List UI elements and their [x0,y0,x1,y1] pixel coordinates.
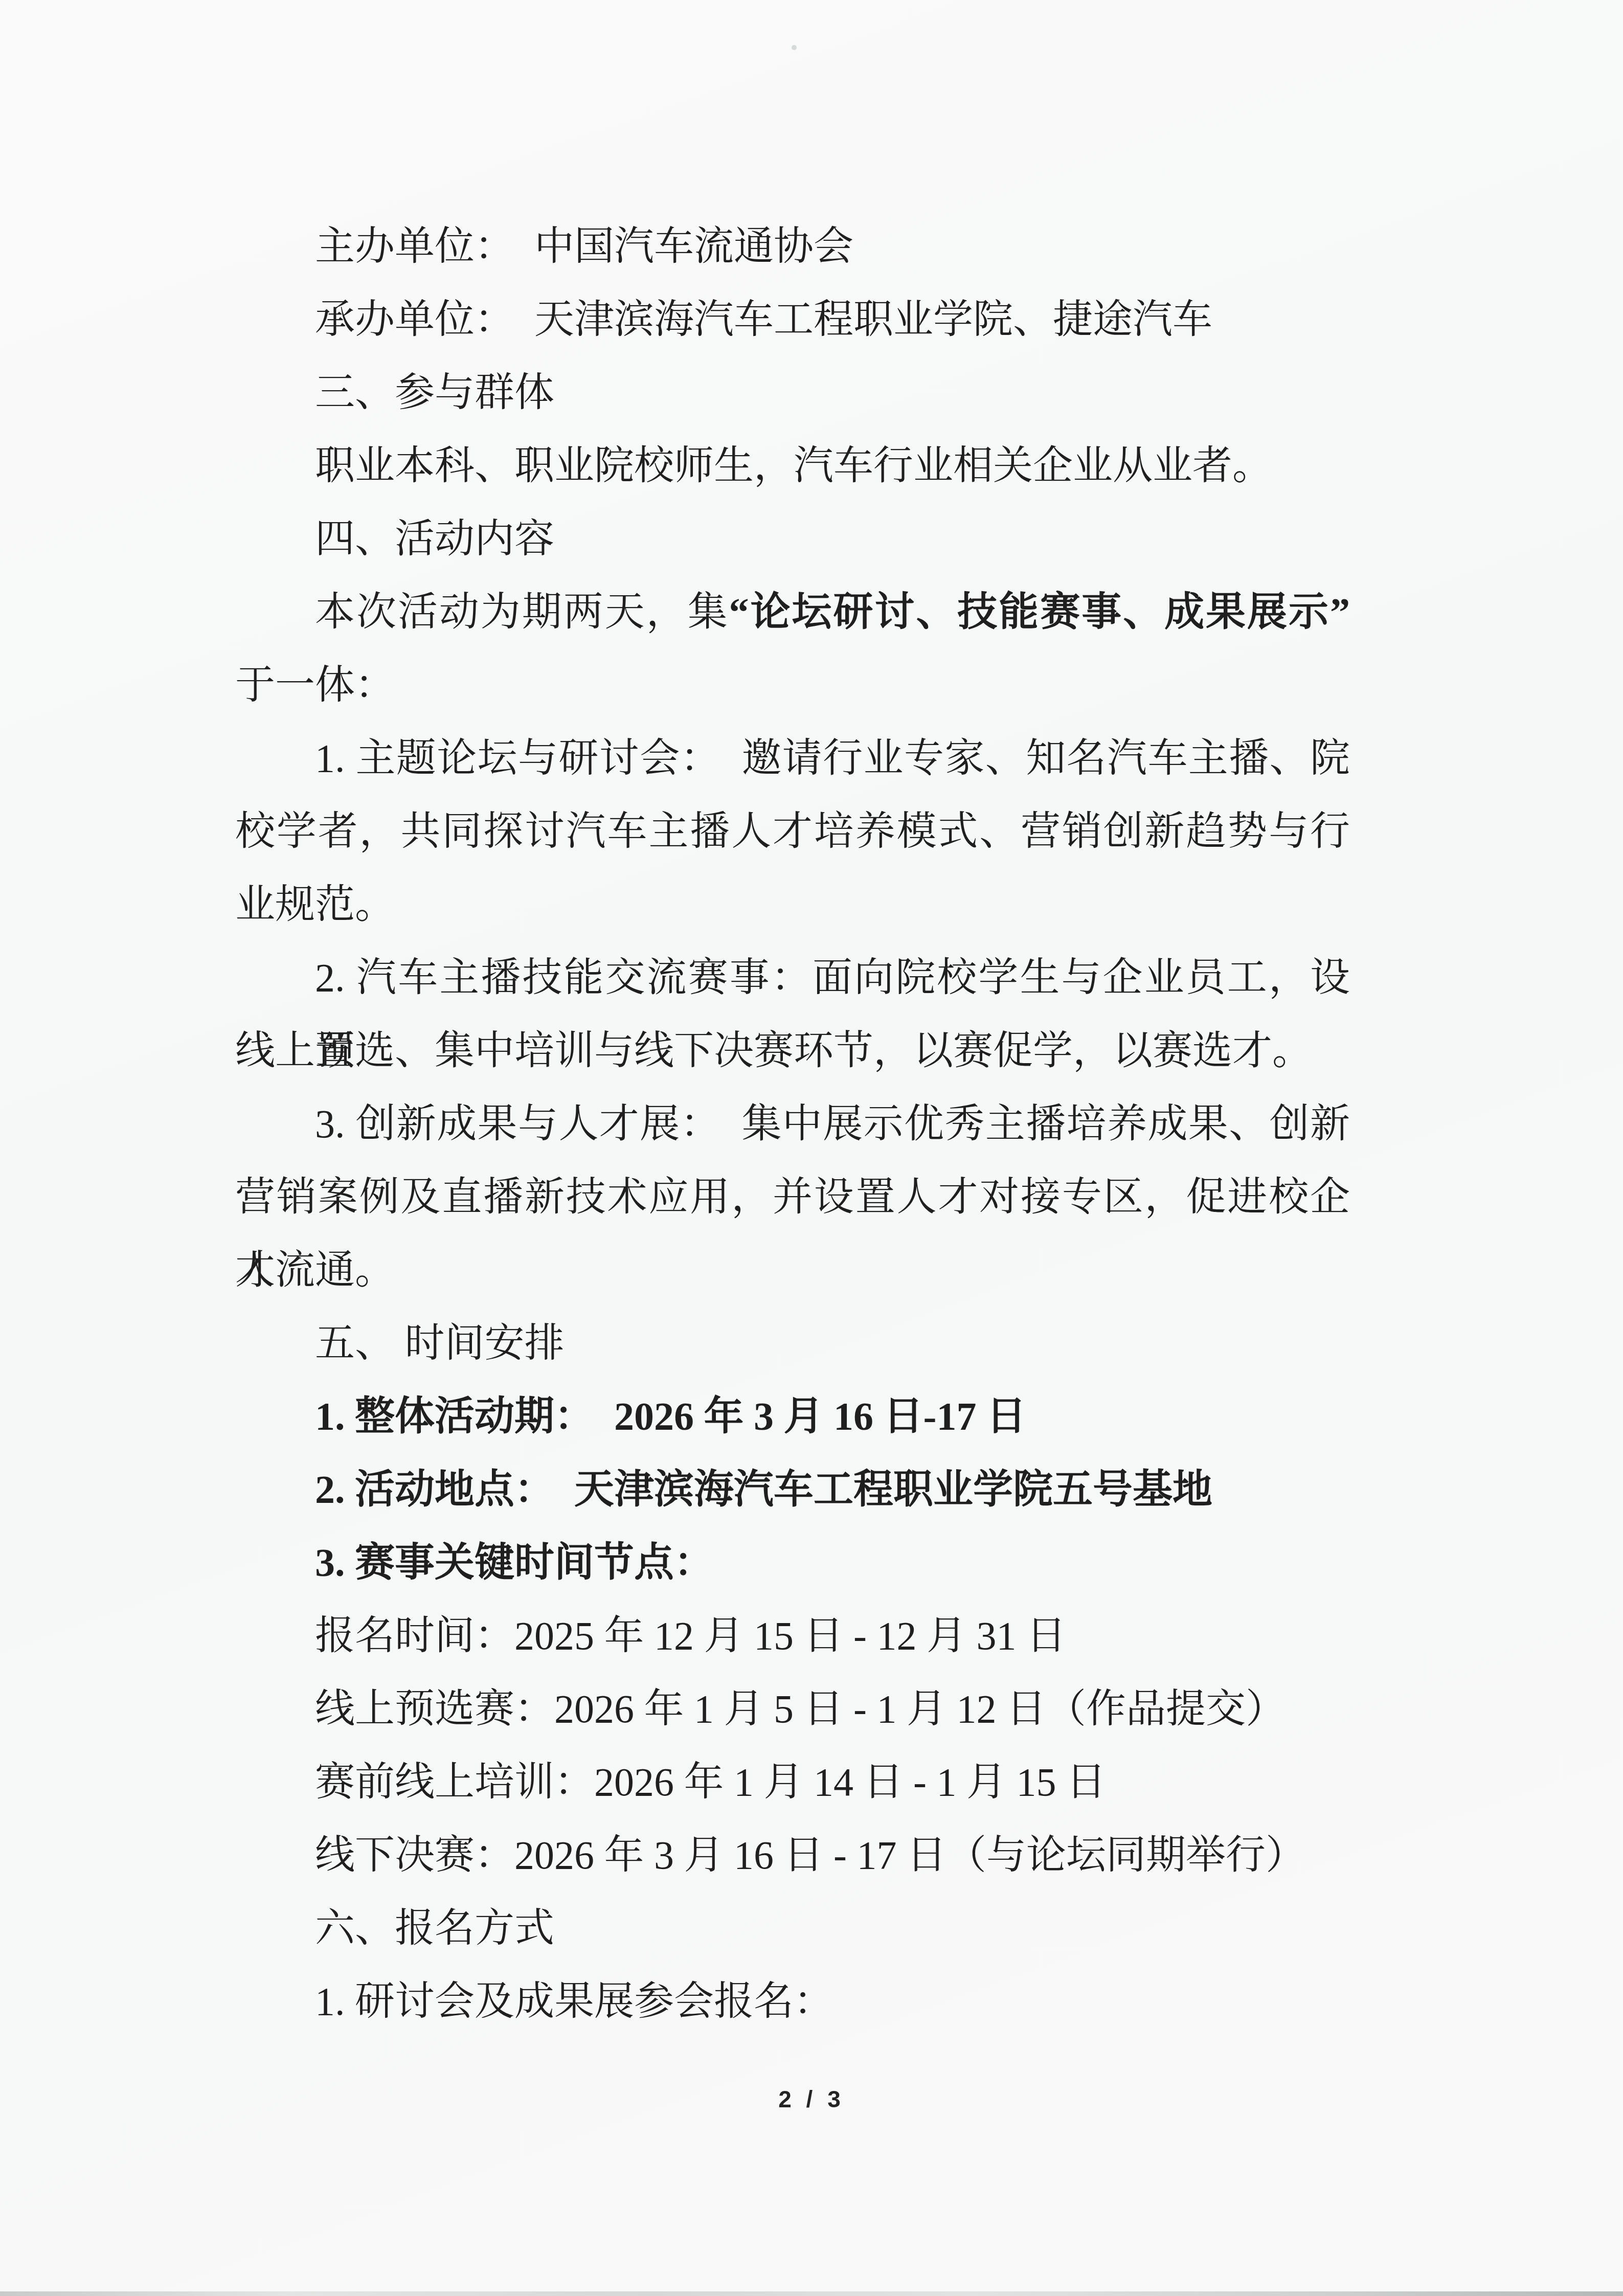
text-line: 报名时间：2025 年 12 月 15 日 - 12 月 31 日 [235,1599,1350,1672]
text-run: 1. 研讨会及成果展参会报名： [315,1979,833,2023]
text-line: 本次活动为期两天，集“论坛研讨、技能赛事、成果展示” [235,575,1350,648]
text-line: 线上预选、集中培训与线下决赛环节，以赛促学，以赛选才。 [235,1014,1350,1087]
text-line: 业规范。 [235,868,1350,941]
text-line: 校学者，共同探讨汽车主播人才培养模式、营销创新趋势与行 [235,795,1350,868]
text-line: 三、参与群体 [235,356,1350,429]
text-line: 四、活动内容 [235,502,1350,575]
text-run: 线上预选、集中培训与线下决赛环节，以赛促学，以赛选才。 [235,1028,1312,1073]
text-run: “论坛研讨、技能赛事、成果展示” [729,590,1350,634]
text-line: 主办单位： 中国汽车流通协会 [235,210,1350,283]
text-line: 线下决赛：2026 年 3 月 16 日 - 17 日（与论坛同期举行） [235,1818,1350,1892]
text-run: 主办单位： 中国汽车流通协会 [315,224,853,268]
text-line: 2. 汽车主播技能交流赛事：面向院校学生与企业员工，设置 [235,941,1350,1014]
text-line: 赛前线上培训：2026 年 1 月 14 日 - 1 月 15 日 [235,1745,1350,1818]
body-text: 主办单位： 中国汽车流通协会承办单位： 天津滨海汽车工程职业学院、捷途汽车三、参… [235,210,1350,2038]
document-page: 主办单位： 中国汽车流通协会承办单位： 天津滨海汽车工程职业学院、捷途汽车三、参… [0,0,1623,2296]
text-run: 2. 活动地点： 天津滨海汽车工程职业学院五号基地 [315,1467,1212,1512]
text-run: 业规范。 [235,882,395,927]
text-run: 校学者，共同探讨汽车主播人才培养模式、营销创新趋势与行 [235,809,1350,853]
text-line: 五、 时间安排 [235,1307,1350,1380]
text-line: 六、报名方式 [235,1892,1350,1965]
text-run: 四、活动内容 [315,516,554,561]
text-line: 2. 活动地点： 天津滨海汽车工程职业学院五号基地 [235,1453,1350,1526]
text-line: 1. 主题论坛与研讨会： 邀请行业专家、知名汽车主播、院 [235,722,1350,795]
text-line: 职业本科、职业院校师生，汽车行业相关企业从业者。 [235,429,1350,502]
text-run: 才流通。 [235,1248,395,1292]
text-line: 于一体： [235,648,1350,722]
text-run: 线上预选赛：2026 年 1 月 5 日 - 1 月 12 日（作品提交） [315,1686,1286,1731]
text-line: 1. 整体活动期： 2026 年 3 月 16 日-17 日 [235,1380,1350,1453]
text-run: 1. 整体活动期： 2026 年 3 月 16 日-17 日 [315,1394,1026,1438]
scan-speck [792,45,797,50]
text-run: 五、 时间安排 [315,1321,565,1365]
text-line: 营销案例及直播新技术应用，并设置人才对接专区，促进校企人 [235,1160,1350,1233]
text-run: 1. 主题论坛与研讨会： 邀请行业专家、知名汽车主播、院 [315,736,1350,780]
text-run: 赛前线上培训：2026 年 1 月 14 日 - 1 月 15 日 [315,1760,1106,1804]
text-line: 才流通。 [235,1233,1350,1307]
text-run: 六、报名方式 [315,1906,554,1950]
text-run: 三、参与群体 [315,370,554,415]
scan-bottom-edge [0,2291,1623,2296]
text-run: 本次活动为期两天，集 [315,590,729,634]
text-run: 3. 创新成果与人才展： 集中展示优秀主播培养成果、创新 [315,1101,1350,1146]
text-run: 报名时间：2025 年 12 月 15 日 - 12 月 31 日 [315,1613,1066,1658]
text-line: 线上预选赛：2026 年 1 月 5 日 - 1 月 12 日（作品提交） [235,1672,1350,1745]
text-line: 1. 研讨会及成果展参会报名： [235,1965,1350,2038]
text-run: 于一体： [235,663,395,707]
text-run: 职业本科、职业院校师生，汽车行业相关企业从业者。 [315,443,1272,488]
text-line: 3. 赛事关键时间节点： [235,1526,1350,1599]
text-line: 3. 创新成果与人才展： 集中展示优秀主播培养成果、创新 [235,1087,1350,1160]
text-run: 3. 赛事关键时间节点： [315,1540,714,1585]
text-run: 线下决赛：2026 年 3 月 16 日 - 17 日（与论坛同期举行） [315,1833,1305,1877]
page-number: 2 / 3 [0,2085,1623,2113]
text-line: 承办单位： 天津滨海汽车工程职业学院、捷途汽车 [235,283,1350,356]
text-run: 承办单位： 天津滨海汽车工程职业学院、捷途汽车 [315,297,1212,342]
